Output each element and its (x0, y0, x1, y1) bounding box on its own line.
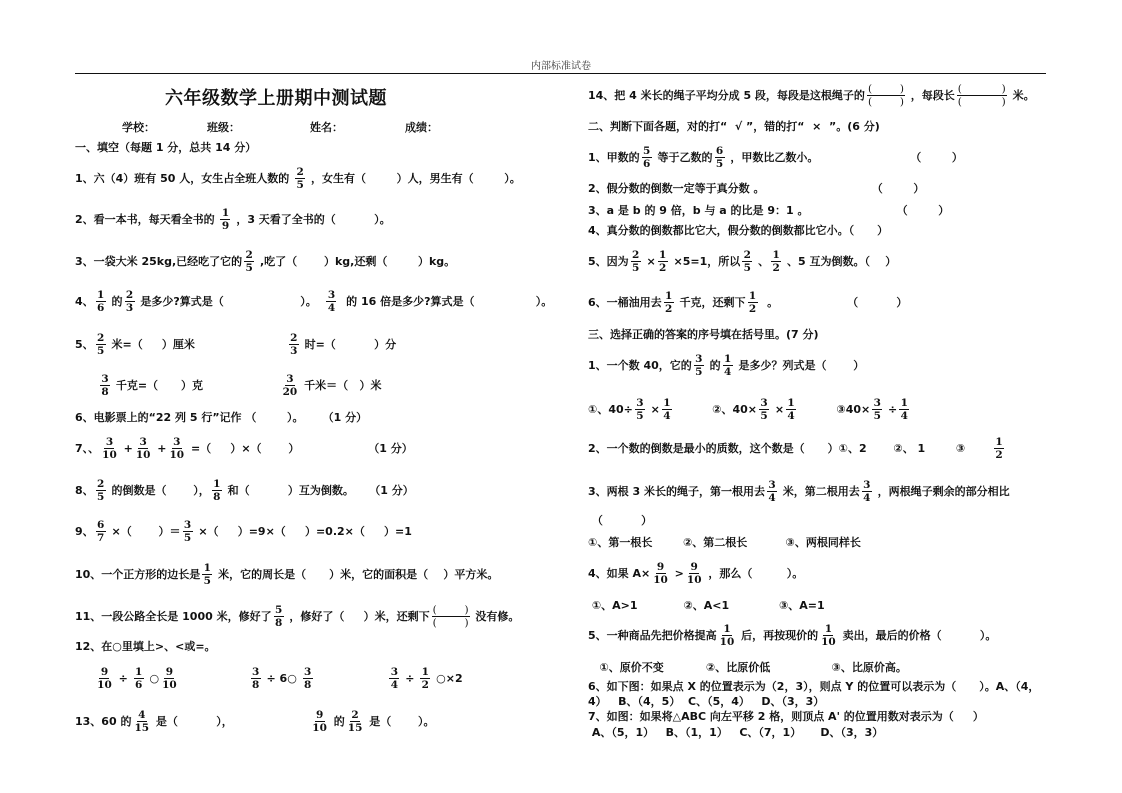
question-line-s2: 二、判断下面各题，对的打“ √ ”，错的打“ × ”。(6 分) (588, 118, 880, 134)
fraction-numerator: 3 (694, 353, 704, 366)
fraction-numerator: 9 (164, 666, 174, 679)
fraction-numerator: 2 (350, 709, 360, 722)
fraction-denominator-blank[interactable]: () (432, 617, 470, 629)
question-text: 米，第二根用去 (779, 483, 860, 499)
fraction-numerator: 1 (722, 623, 732, 636)
question-text: 1、一个数 40，它的 (588, 357, 692, 373)
question-text: 的 (330, 713, 345, 729)
fraction-numerator: 3 (872, 397, 882, 410)
fraction-denominator: 5 (631, 262, 640, 274)
fraction-denominator: 5 (635, 410, 644, 422)
fraction-denominator-blank[interactable]: () (867, 96, 905, 108)
fraction-numerator: 3 (862, 479, 872, 492)
question-line-q8: 8、25 的倒数是（ ），18 和（ ）互为倒数。 （1 分） (75, 475, 414, 505)
fraction-numerator-blank[interactable]: () (432, 604, 470, 617)
fraction: 56 (642, 145, 652, 170)
fraction-numerator: 1 (658, 249, 668, 262)
fraction-denominator: 15 (347, 722, 364, 734)
fraction: 34 (862, 479, 872, 504)
fraction-numerator: 3 (183, 519, 193, 532)
question-text: 3、一袋大米 25kg,已经吃了它的 (75, 253, 242, 269)
fraction-denominator: 4 (900, 410, 909, 422)
fraction-numerator: 3 (303, 666, 313, 679)
fraction-denominator: 8 (100, 386, 109, 398)
question-text: 千克，还剩下 (676, 294, 746, 310)
fraction-denominator: 5 (96, 345, 105, 357)
fraction-numerator: 5 (642, 145, 652, 158)
question-text: 和（ ）互为倒数。 （1 分） (224, 482, 414, 498)
fraction-denominator: 10 (820, 636, 837, 648)
fraction-denominator: 9 (221, 220, 230, 232)
fraction: 15 (202, 562, 212, 587)
fraction: 910 (96, 666, 113, 691)
fraction-numerator: 9 (99, 666, 109, 679)
question-text (75, 379, 98, 392)
fraction: 910 (161, 666, 178, 691)
fraction-numerator: 3 (172, 436, 182, 449)
fraction-numerator: 9 (315, 709, 325, 722)
fraction-numerator: 2 (96, 478, 106, 491)
question-line-q11: 11、一段公路全长是 1000 米，修好了58 ，修好了（ ）米，还剩下()()… (75, 601, 519, 631)
question-text: 4） B、（4，5） C、（5，4） D、（3，3） (588, 693, 824, 709)
fraction-denominator: 6 (134, 679, 143, 691)
fraction-blank: ()() (432, 604, 470, 629)
question-text: 7、、 (75, 440, 99, 456)
question-line-j6: 6、一桶油用去12 千克，还剩下12 。 （ ） (588, 287, 907, 317)
fraction: 38 (100, 373, 110, 398)
question-text: > (671, 567, 684, 580)
fraction: 38 (303, 666, 313, 691)
question-text: 11、一段公路全长是 1000 米，修好了 (75, 608, 272, 624)
fraction-denominator: 5 (694, 366, 703, 378)
question-text: 米。 (1009, 87, 1035, 103)
question-text: 的 (706, 357, 721, 373)
fraction-numerator: 4 (137, 709, 147, 722)
fraction-numerator: 1 (96, 289, 106, 302)
question-line-j1: 1、甲数的56 等于乙数的65 ，甲数比乙数小。 （ ） (588, 142, 963, 172)
question-text: 米，它的周长是（ ）米，它的面积是（ ）平方米。 (214, 566, 498, 582)
fraction-denominator: 6 (96, 302, 105, 314)
question-text: ,吃了（ ）kg,还剩（ ）kg。 (256, 253, 455, 269)
question-line-q2: 2、看一本书，每天看全书的 19 ，3 天看了全书的（ ）。 (75, 204, 391, 234)
fraction-numerator-blank[interactable]: () (867, 83, 905, 96)
fraction: 110 (719, 623, 736, 648)
fraction-numerator: 6 (715, 145, 725, 158)
question-text: ③40× (798, 403, 870, 416)
fraction-denominator: 20 (282, 386, 299, 398)
question-text: 5、因为 (588, 253, 629, 269)
question-text: 是（ ）， (152, 713, 309, 729)
question-text: 卖出，最后的价格（ ）。 (839, 627, 997, 643)
fraction-numerator: 1 (664, 290, 674, 303)
question-text: 4、真分数的倒数都比它大，假分数的倒数都比它小。（ ） (588, 222, 888, 238)
fraction: 12 (771, 249, 781, 274)
fraction-numerator: 3 (100, 373, 110, 386)
question-text: 12、在○里填上>、<或=。 (75, 638, 216, 654)
fraction-denominator: 15 (133, 722, 150, 734)
question-text: 2、看一本书，每天看全书的 (75, 211, 218, 227)
fraction-denominator: 5 (743, 262, 752, 274)
question-text: ，那么（ ）。 (705, 565, 804, 581)
fraction-numerator: 1 (748, 290, 758, 303)
fraction-denominator: 5 (203, 575, 212, 587)
fraction-numerator: 5 (274, 604, 284, 617)
fraction: 18 (212, 478, 222, 503)
question-text: 是多少？列式是（ ） (735, 357, 865, 373)
question-text: ×（ ）=9×（ ）=0.2×（ ）=1 (195, 523, 412, 539)
question-text: 的 16 倍是多少?算式是（ ）。 (338, 293, 552, 309)
question-text: 没有修。 (472, 608, 520, 624)
fraction-denominator: 10 (161, 679, 178, 691)
question-text: =（ ）×（ ） （1 分） (187, 440, 413, 456)
question-text: ，两根绳子剩余的部分相比 (874, 483, 1010, 499)
fraction-numerator: 6 (96, 519, 106, 532)
fraction: 415 (133, 709, 150, 734)
fraction-numerator: 1 (662, 397, 672, 410)
question-line-c5: 5、一种商品先把价格提高110 后，再按现价的110 卖出，最后的价格（ ）。 (588, 620, 996, 650)
fraction: 14 (786, 397, 796, 422)
fraction-numerator: 1 (420, 666, 430, 679)
question-text: + (153, 442, 166, 455)
fraction: 25 (96, 332, 106, 357)
fraction-numerator: 3 (767, 479, 777, 492)
fraction-numerator: 9 (689, 561, 699, 574)
fraction: 16 (134, 666, 144, 691)
fraction-denominator: 10 (101, 449, 118, 461)
fraction: 35 (872, 397, 882, 422)
fraction: 14 (899, 397, 909, 422)
question-text: ○×2 (432, 672, 462, 685)
question-text: ，每段长 (907, 87, 955, 103)
fraction-denominator: 6 (642, 158, 651, 170)
fraction: 34 (389, 666, 399, 691)
question-line-q4: 4、16 的23 是多少?算式是（ ）。 34 的 16 倍是多少?算式是（ ）… (75, 286, 552, 316)
fraction-denominator: 5 (715, 158, 724, 170)
question-line-c3o: ①、第一根长 ②、第二根长 ③、两根同样长 (588, 534, 861, 550)
fraction: 65 (715, 145, 725, 170)
question-line-c4o: ①、A>1 ②、A<1 ③、A=1 (588, 597, 825, 613)
fraction-numerator: 1 (212, 478, 222, 491)
fraction: 25 (295, 166, 305, 191)
question-line-j4: 4、真分数的倒数都比它大，假分数的倒数都比它小。（ ） (588, 222, 888, 238)
question-text: （ ） (588, 512, 652, 528)
question-text: ①、40÷ (588, 401, 633, 417)
question-text: 是多少?算式是（ ）。 (137, 293, 325, 309)
fraction-numerator: 1 (899, 397, 909, 410)
question-line-q7: 7、、310 +310 +310 =（ ）×（ ） （1 分） (75, 433, 413, 463)
fraction-numerator: 2 (244, 249, 254, 262)
question-line-c2: 2、一个数的倒数是最小的质数，这个数是（ ）①、2 ②、 1 ③ 12 (588, 433, 1006, 463)
question-text: 后，再按现价的 (737, 627, 818, 643)
fraction: 320 (282, 373, 299, 398)
question-text: 8、 (75, 482, 94, 498)
question-line-c3b: （ ） (588, 512, 652, 528)
fraction: 12 (664, 290, 674, 315)
question-text: ①、原价不变 ②、比原价低 ③、比原价高。 (588, 659, 907, 675)
fraction-denominator: 10 (652, 574, 669, 586)
fraction-blank: ()() (957, 83, 1007, 108)
fraction-numerator: 1 (202, 562, 212, 575)
question-text: 4、 (75, 293, 94, 309)
question-text: × (647, 403, 660, 416)
question-text: 3、a 是 b 的 9 倍，b 与 a 的比是 9：1 。 （ ） (588, 202, 949, 218)
question-text: 千克=（ ）克 (112, 377, 280, 393)
fraction: 910 (311, 709, 328, 734)
question-text (75, 672, 94, 685)
fraction: 19 (220, 207, 230, 232)
fraction: 35 (183, 519, 193, 544)
exam-title: 六年级数学上册期中测试题 (165, 84, 387, 110)
question-text: × (643, 255, 656, 268)
question-line-c7b: A、（5，1） B、（1，1） C、（7，1） D、（3，3） (588, 724, 883, 740)
fraction-denominator: 4 (390, 679, 399, 691)
fraction-denominator: 5 (873, 410, 882, 422)
fraction: 14 (662, 397, 672, 422)
fraction-denominator: 2 (748, 303, 757, 315)
question-text: 2、假分数的倒数一定等于真分数 。 （ ） (588, 180, 924, 196)
fraction-blank: ()() (867, 83, 905, 108)
fraction-denominator: 4 (862, 492, 871, 504)
fraction-numerator: 1 (723, 353, 733, 366)
question-text: ①、第一根长 ②、第二根长 ③、两根同样长 (588, 534, 861, 550)
fraction-numerator: 3 (635, 397, 645, 410)
fraction-numerator: 9 (656, 561, 666, 574)
fraction-denominator: 2 (664, 303, 673, 315)
question-line-s3: 三、选择正确的答案的序号填在括号里。(7 分) (588, 326, 819, 342)
question-text: 的倒数是（ ）， (108, 482, 210, 498)
fraction: 16 (96, 289, 106, 314)
fraction-denominator: 2 (421, 679, 430, 691)
fraction: 25 (631, 249, 641, 274)
question-text: 是（ ）。 (365, 713, 434, 729)
question-text: 1、六（4）班有 50 人，女生占全班人数的 (75, 170, 293, 186)
running-head: 内部标准试卷 (0, 57, 1122, 72)
fraction-denominator: 2 (771, 262, 780, 274)
question-text: 米=（ ）厘米 (108, 336, 287, 352)
question-text: 4、如果 A× (588, 565, 650, 581)
fraction-denominator: 10 (169, 449, 186, 461)
fraction: 35 (635, 397, 645, 422)
score-field-label: 成绩： (405, 119, 438, 135)
fraction-denominator: 8 (274, 617, 283, 629)
question-text: A、（5，1） B、（1，1） C、（7，1） D、（3，3） (588, 724, 883, 740)
question-text: 10、一个正方形的边长是 (75, 566, 200, 582)
fraction: 25 (742, 249, 752, 274)
question-line-c7: 7、如图：如果将△ABC 向左平移 2 格，则顶点 A' 的位置用数对表示为（ … (588, 708, 984, 724)
fraction-numerator: 3 (251, 666, 261, 679)
question-text: 、 (754, 253, 769, 269)
fraction-numerator: 1 (823, 623, 833, 636)
fraction-denominator: 5 (96, 491, 105, 503)
fraction-denominator: 7 (96, 532, 105, 544)
fraction-denominator: 5 (759, 410, 768, 422)
question-line-q5a: 5、25 米=（ ）厘米 23 时=（ ）分 (75, 329, 396, 359)
question-text: ÷ (115, 672, 132, 685)
question-line-c5o: ①、原价不变 ②、比原价低 ③、比原价高。 (588, 659, 907, 675)
question-line-q1: 1、六（4）班有 50 人，女生占全班人数的 25 ，女生有（ ）人，男生有（ … (75, 163, 521, 193)
question-line-c1o: ①、40÷35 ×14 ②、40×35 ×14 ③40×35 ÷14 (588, 394, 911, 424)
fraction-denominator: 10 (96, 679, 113, 691)
fraction: 35 (759, 397, 769, 422)
fraction: 23 (289, 332, 299, 357)
question-line-c6: 6、如下图：如果点 X 的位置表示为（2，3），则点 Y 的位置可以表示为（ ）… (588, 678, 1039, 694)
question-line-q3: 3、一袋大米 25kg,已经吃了它的25 ,吃了（ ）kg,还剩（ ）kg。 (75, 246, 455, 276)
fraction: 12 (658, 249, 668, 274)
fraction: 12 (748, 290, 758, 315)
question-text: 三、选择正确的答案的序号填在括号里。(7 分) (588, 326, 819, 342)
fraction: 35 (694, 353, 704, 378)
question-text: 。 （ ） (760, 294, 908, 310)
fraction: 110 (820, 623, 837, 648)
fraction-numerator: 3 (104, 436, 114, 449)
question-text (315, 672, 388, 685)
school-field-label: 学校： (122, 119, 155, 135)
fraction-numerator: 1 (786, 397, 796, 410)
fraction-numerator-blank[interactable]: () (957, 83, 1007, 96)
question-text: ，修好了（ ）米，还剩下 (286, 608, 430, 624)
fraction-numerator: 2 (631, 249, 641, 262)
question-line-j3: 3、a 是 b 的 9 倍，b 与 a 的比是 9：1 。 （ ） (588, 202, 949, 218)
fraction-numerator: 2 (742, 249, 752, 262)
fraction-denominator: 10 (311, 722, 328, 734)
fraction-numerator: 3 (285, 373, 295, 386)
fraction: 25 (244, 249, 254, 274)
fraction-numerator: 1 (134, 666, 144, 679)
question-text: 的 (108, 293, 123, 309)
fraction-denominator: 5 (245, 262, 254, 274)
question-line-c4: 4、如果 A×910 >910 ，那么（ ）。 (588, 558, 803, 588)
question-line-q14: 14、把 4 米长的绳子平均分成 5 段，每段是这根绳子的()() ，每段长()… (588, 80, 1035, 110)
question-text: ×5=1，所以 (670, 253, 741, 269)
fraction: 14 (723, 353, 733, 378)
fraction-denominator: 8 (303, 679, 312, 691)
question-text: 9、 (75, 523, 94, 539)
fraction-denominator: 4 (767, 492, 776, 504)
fraction: 910 (686, 561, 703, 586)
fraction-denominator: 8 (212, 491, 221, 503)
fraction-numerator: 2 (125, 289, 135, 302)
question-text: × (771, 403, 784, 416)
question-text: 5、一种商品先把价格提高 (588, 627, 717, 643)
question-line-q10: 10、一个正方形的边长是15 米，它的周长是（ ）米，它的面积是（ ）平方米。 (75, 559, 498, 589)
fraction: 58 (274, 604, 284, 629)
question-line-q13: 13、60 的415 是（ ）， 910 的215 是（ ）。 (75, 706, 435, 736)
question-text: 6、如下图：如果点 X 的位置表示为（2，3），则点 Y 的位置可以表示为（ ）… (588, 678, 1039, 694)
question-text: ，女生有（ ）人，男生有（ ）。 (307, 170, 521, 186)
fraction-denominator: 10 (686, 574, 703, 586)
fraction: 38 (251, 666, 261, 691)
question-text: 、5 互为倒数。（ ） (783, 253, 896, 269)
question-text: 1、甲数的 (588, 149, 640, 165)
question-text: ×（ ）＝ (108, 523, 181, 539)
question-text: ，3 天看了全书的（ ）。 (232, 211, 390, 227)
question-text: 13、60 的 (75, 713, 131, 729)
question-line-c6b: 4） B、（4，5） C、（5，4） D、（3，3） (588, 693, 824, 709)
fraction-denominator: 4 (662, 410, 671, 422)
fraction-denominator: 2 (994, 449, 1003, 461)
fraction-numerator: 2 (295, 166, 305, 179)
fraction: 310 (101, 436, 118, 461)
fraction-denominator: 4 (327, 302, 336, 314)
fraction-denominator: 3 (125, 302, 134, 314)
class-field-label: 班级： (207, 119, 240, 135)
question-text: 7、如图：如果将△ABC 向左平移 2 格，则顶点 A' 的位置用数对表示为（ … (588, 708, 984, 724)
question-text: 千米＝（ ）米 (300, 377, 381, 393)
fraction-denominator-blank[interactable]: () (957, 96, 1007, 108)
fraction: 310 (169, 436, 186, 461)
fraction-denominator: 4 (723, 366, 732, 378)
question-text: 时=（ ）分 (301, 336, 396, 352)
fraction-denominator: 10 (719, 636, 736, 648)
question-text: 6、电影票上的“22 列 5 行”记作 （ ）。 （1 分） (75, 409, 367, 425)
fraction-denominator: 5 (183, 532, 192, 544)
question-line-c3: 3、两根 3 米长的绳子，第一根用去34 米，第二根用去34 ，两根绳子剩余的部… (588, 476, 1010, 506)
fraction-numerator: 3 (759, 397, 769, 410)
question-text: ÷ 6○ (263, 672, 301, 685)
question-text: ÷ (401, 672, 418, 685)
fraction-numerator: 3 (326, 289, 336, 302)
fraction-denominator: 4 (786, 410, 795, 422)
fraction-denominator: 8 (251, 679, 260, 691)
fraction: 23 (125, 289, 135, 314)
fraction-numerator: 1 (771, 249, 781, 262)
question-text: 2、一个数的倒数是最小的质数，这个数是（ ）①、2 ②、 1 ③ (588, 440, 992, 456)
question-line-j5: 5、因为25 ×12 ×5=1，所以25 、12 、5 互为倒数。（ ） (588, 246, 896, 276)
fraction: 25 (96, 478, 106, 503)
fraction-denominator: 10 (135, 449, 152, 461)
question-text (180, 672, 249, 685)
name-field-label: 姓名： (310, 119, 343, 135)
fraction: 34 (767, 479, 777, 504)
fraction: 12 (994, 436, 1004, 461)
fraction-denominator: 3 (289, 345, 298, 357)
question-line-q6: 6、电影票上的“22 列 5 行”记作 （ ）。 （1 分） (75, 409, 367, 425)
question-text: 5、 (75, 336, 94, 352)
fraction-numerator: 3 (138, 436, 148, 449)
question-text: ②、40× (674, 401, 757, 417)
question-text: + (120, 442, 133, 455)
fraction-numerator: 1 (994, 436, 1004, 449)
header-rule (75, 73, 1046, 74)
question-line-c1: 1、一个数 40，它的35 的14 是多少？列式是（ ） (588, 350, 864, 380)
fraction-numerator: 2 (289, 332, 299, 345)
exam-page: 内部标准试卷 六年级数学上册期中测试题 学校： 班级： 姓名： 成绩： 一、填空… (0, 0, 1122, 793)
question-line-j2: 2、假分数的倒数一定等于真分数 。 （ ） (588, 180, 924, 196)
question-text: 二、判断下面各题，对的打“ √ ”，错的打“ × ”。(6 分) (588, 118, 880, 134)
question-line-q12a: 910 ÷ 16 ○910 38 ÷ 6○ 38 34 ÷ 12 ○×2 (75, 663, 463, 693)
fraction-numerator: 1 (220, 207, 230, 220)
fraction-numerator: 3 (389, 666, 399, 679)
question-text: ，甲数比乙数小。 （ ） (727, 149, 963, 165)
fraction-numerator: 2 (96, 332, 106, 345)
fraction: 310 (135, 436, 152, 461)
question-line-q9: 9、67 ×（ ）＝35 ×（ ）=9×（ ）=0.2×（ ）=1 (75, 516, 412, 546)
question-text: 14、把 4 米长的绳子平均分成 5 段，每段是这根绳子的 (588, 87, 865, 103)
fraction: 910 (652, 561, 669, 586)
fraction-denominator: 5 (295, 179, 304, 191)
question-text: ÷ (884, 403, 897, 416)
question-text: 6、一桶油用去 (588, 294, 662, 310)
section-1-title: 一、填空（每题 1 分，总共 14 分） (75, 139, 256, 155)
question-line-q5b: 38 千克=（ ）克 320 千米＝（ ）米 (75, 370, 382, 400)
fraction: 12 (420, 666, 430, 691)
question-text: ○ (146, 672, 159, 685)
fraction: 67 (96, 519, 106, 544)
fraction: 215 (347, 709, 364, 734)
fraction: 34 (326, 289, 336, 314)
question-text: 3、两根 3 米长的绳子，第一根用去 (588, 483, 765, 499)
question-text: 等于乙数的 (654, 149, 713, 165)
